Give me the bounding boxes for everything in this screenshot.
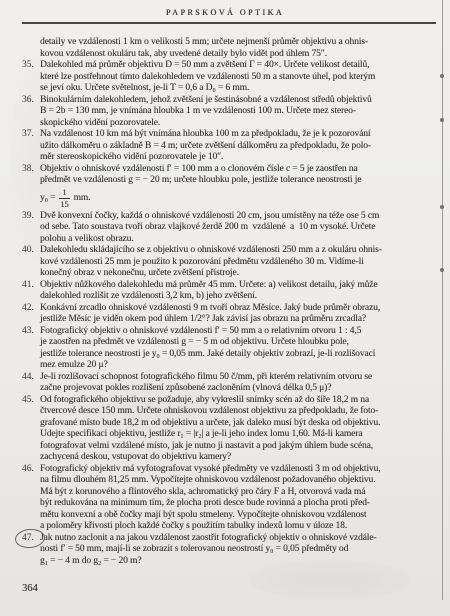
problem-number: 42.: [22, 303, 39, 315]
problem-47: 47. Jak nutno zaclonit a na jakou vzdále…: [22, 533, 438, 568]
problem-number: 41.: [22, 280, 39, 292]
problem-text: Objektiv nůžkového dalekohledu má průměr…: [40, 280, 438, 303]
problem-number: 37.: [22, 129, 39, 141]
problem-45: 45. Od fotografického objektivu se požad…: [22, 395, 438, 464]
scan-speck: [440, 118, 444, 122]
fraction-denominator: 15: [59, 199, 69, 209]
problem-44: 44. Je-li rozlišovací schopnost fotograf…: [22, 372, 438, 395]
problem-number: 36.: [22, 95, 39, 107]
scan-speck: [440, 74, 444, 78]
problem-text: Jak nutno zaclonit a na jakou vzdálenost…: [40, 533, 438, 568]
problem-number: 40.: [22, 245, 39, 257]
problem-text: Dalekohledu skládajícího se z objektivu …: [40, 245, 438, 280]
problem-text: Od fotografického objektivu se požaduje,…: [40, 395, 438, 464]
problem-40: 40. Dalekohledu skládajícího se z objekt…: [22, 245, 438, 280]
math-unit: mm.: [74, 193, 91, 205]
fraction-numerator: 1: [59, 188, 69, 199]
problem-text: Fotografický objektiv má vyfotografovat …: [40, 464, 438, 533]
problem-number: 44.: [22, 372, 39, 384]
problem-number: 46.: [22, 464, 39, 476]
problem-46: 46. Fotografický objektiv má vyfotografo…: [22, 464, 438, 533]
problem-number: 39.: [22, 211, 39, 223]
text-block: detaily ve vzdálenosti 1 km o velikosti …: [22, 37, 438, 567]
problem-number: 47.: [22, 533, 39, 545]
problem-38: 38. Objektiv o ohniskové vzdálenosti f′ …: [22, 164, 438, 211]
problem-text: Objektiv o ohniskové vzdálenosti f′ = 10…: [40, 164, 438, 187]
running-title: PAPRSKOVÁ OPTIKA: [166, 8, 284, 17]
fraction: 1 15: [59, 188, 69, 209]
problem-43: 43. Fotografický objektiv o ohniskové vz…: [22, 326, 438, 372]
problem-42: 42. Konkávní zrcadlo ohniskové vzdálenos…: [22, 303, 438, 326]
problem-36: 36. Binokulárním dalekohledem, jehož zvě…: [22, 95, 438, 130]
math-lhs: y₀ =: [40, 193, 55, 205]
scanned-book-page: { "colors": { "paper": "#edecea", "ink":…: [0, 0, 450, 616]
problem-39: 39. Dvě konvexní čočky, každá o ohniskov…: [22, 211, 438, 246]
problem-text: Dalekohled má průměr objektivu D = 50 mm…: [40, 60, 438, 95]
scan-speck: [440, 268, 444, 272]
problem-number: 45.: [22, 395, 39, 407]
problem-text: Fotografický objektiv o ohniskové vzdále…: [40, 326, 438, 372]
page-number: 364: [22, 583, 38, 594]
paragraph-continuation: detaily ve vzdálenosti 1 km o velikosti …: [22, 37, 438, 60]
problem-text: Binokulárním dalekohledem, jehož zvětšen…: [40, 95, 438, 130]
page-header: PAPRSKOVÁ OPTIKA: [0, 8, 450, 17]
problem-35: 35. Dalekohled má průměr objektivu D = 5…: [22, 60, 438, 95]
problem-text: Dvě konvexní čočky, každá o ohniskové vz…: [40, 211, 438, 246]
header-rule: [22, 22, 436, 24]
problem-number: 35.: [22, 60, 39, 72]
problem-number: 38.: [22, 164, 39, 176]
problem-41: 41. Objektiv nůžkového dalekohledu má pr…: [22, 280, 438, 303]
problem-text: Je-li rozlišovací schopnost fotografické…: [40, 372, 438, 395]
problem-text: Na vzdálenost 10 km má být vnímána hloub…: [40, 129, 438, 164]
problem-text: Konkávní zrcadlo ohniskové vzdálenosti 9…: [40, 303, 438, 326]
problem-number: 43.: [22, 326, 39, 338]
page-edge-shadow: [442, 0, 444, 600]
scan-speck: [440, 205, 444, 209]
problem-37: 37. Na vzdálenost 10 km má být vnímána h…: [22, 129, 438, 164]
paragraph-text: detaily ve vzdálenosti 1 km o velikosti …: [40, 37, 438, 60]
fraction-expression: y₀ = 1 15 mm.: [40, 187, 438, 211]
